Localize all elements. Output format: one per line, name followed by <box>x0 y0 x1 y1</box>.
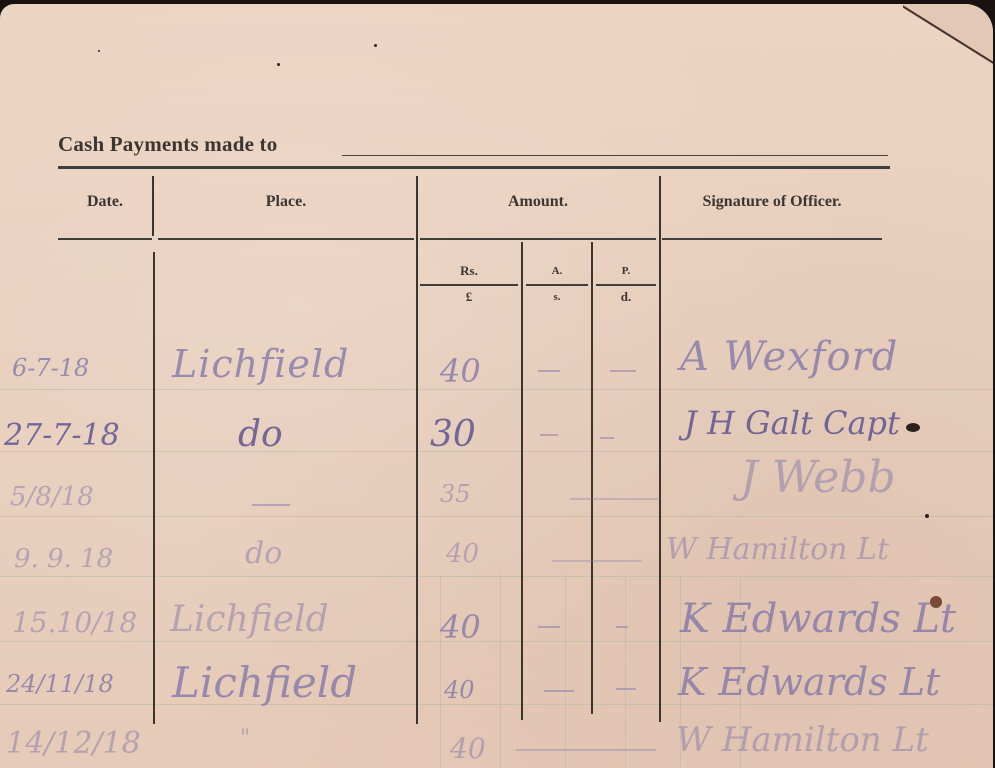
header-rule <box>662 238 882 240</box>
column-divider <box>152 176 154 236</box>
row-1-date: 6-7-18 <box>12 354 89 382</box>
ink-blot <box>906 423 920 432</box>
ruled-line <box>625 574 626 768</box>
column-divider <box>521 242 523 720</box>
folded-corner <box>903 4 993 64</box>
header-rule <box>420 238 656 240</box>
ruled-line <box>0 389 993 390</box>
speck <box>277 63 280 66</box>
ruled-line <box>500 574 501 768</box>
header-signature: Signature of Officer. <box>662 193 882 211</box>
row-1-pence <box>610 370 636 372</box>
row-5-place: Lichfield <box>170 599 329 640</box>
row-1-place: Lichfield <box>172 342 349 386</box>
speck <box>98 50 100 52</box>
row-2-pounds: 30 <box>430 414 476 455</box>
row-6-pence <box>616 688 636 690</box>
row-7-date: 14/12/18 <box>6 726 141 761</box>
subheader-pence: d. <box>596 289 656 305</box>
ruled-line <box>0 516 993 517</box>
header-top-rule <box>58 166 890 169</box>
subheader-shillings: s. <box>526 291 588 303</box>
header-date: Date. <box>58 193 152 211</box>
row-5-shillings <box>538 626 560 628</box>
ink-dot <box>925 514 929 518</box>
row-2-shillings <box>540 434 558 436</box>
row-3-signature: J Webb <box>740 452 896 503</box>
row-7-pounds: 40 <box>450 732 486 765</box>
row-6-date: 24/11/18 <box>6 670 114 698</box>
row-1-pounds: 40 <box>440 352 481 390</box>
row-4-place: do <box>245 536 282 571</box>
paybook-page: Cash Payments made to Date. Place. Amoun… <box>0 4 993 768</box>
row-1-shillings <box>538 370 560 372</box>
subheader-rule <box>596 284 656 286</box>
row-6-signature: K Edwards Lt <box>678 660 940 704</box>
subheader-rule <box>526 284 588 286</box>
row-2-pence <box>600 437 614 439</box>
row-6-pounds: 40 <box>444 676 475 704</box>
row-3-shillings-pence <box>570 498 660 500</box>
speck <box>374 44 377 47</box>
column-divider <box>153 252 155 724</box>
ruled-line <box>0 576 993 577</box>
row-5-signature: K Edwards Lt <box>680 596 956 642</box>
row-5-pence <box>616 626 628 628</box>
ruled-line <box>440 574 441 768</box>
row-4-signature: W Hamilton Lt <box>666 532 889 567</box>
row-7-signature: W Hamilton Lt <box>676 720 929 760</box>
header-rule <box>158 238 414 240</box>
row-6-shillings <box>544 690 574 692</box>
header-place: Place. <box>158 193 414 211</box>
subheader-rs: Rs. <box>420 263 518 279</box>
subheader-pounds: £ <box>420 289 518 305</box>
subheader-p: P. <box>596 265 656 277</box>
header-rule <box>58 238 152 240</box>
row-7-shillings-pence <box>516 749 656 751</box>
row-4-pounds: 40 <box>446 539 479 569</box>
column-divider <box>659 176 661 722</box>
row-2-date: 27-7-18 <box>4 418 120 453</box>
row-5-date: 15.10/18 <box>12 606 137 639</box>
ruled-line <box>0 704 993 705</box>
row-3-pounds: 35 <box>440 480 471 508</box>
row-2-place: do <box>238 414 283 455</box>
payee-line <box>342 155 888 156</box>
row-3-place <box>252 504 290 506</box>
column-divider <box>416 176 418 724</box>
subheader-a: A. <box>526 265 588 277</box>
ruled-line <box>565 574 566 768</box>
row-1-signature: A Wexford <box>680 334 898 380</box>
row-7-place: " <box>240 726 250 751</box>
subheader-rule <box>420 284 518 286</box>
stain <box>930 596 942 608</box>
form-title: Cash Payments made to <box>58 132 277 157</box>
row-5-pounds: 40 <box>440 608 481 646</box>
row-4-date: 9. 9. 18 <box>14 544 113 574</box>
header-amount: Amount. <box>420 193 656 211</box>
row-4-shillings-pence <box>552 560 642 562</box>
row-3-date: 5/8/18 <box>10 482 94 512</box>
row-6-place: Lichfield <box>172 658 357 707</box>
column-divider <box>591 242 593 714</box>
row-2-signature: J H Galt Capt <box>684 404 900 442</box>
